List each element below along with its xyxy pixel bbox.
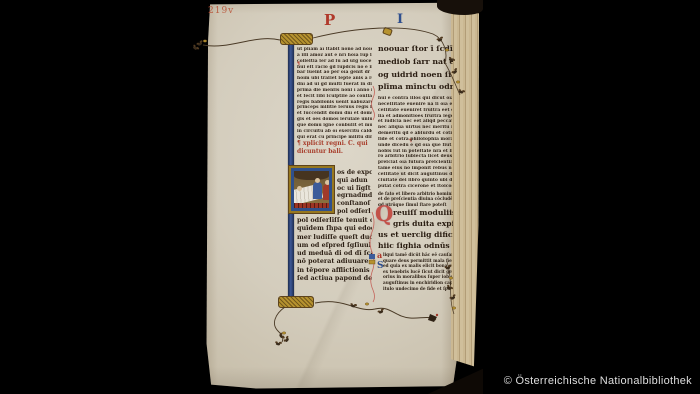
- red-initial-a: a: [377, 250, 382, 260]
- right-column-large-text: noouar ſtor ī ſcdī huiſmediob ſarr nat ē…: [378, 43, 453, 94]
- running-title-letter-p: P: [324, 11, 335, 29]
- miniature-base-strip: [294, 203, 329, 208]
- right-column-small-text-1: hui ē contra illos qui dicūt oīa exneceſ…: [378, 96, 452, 190]
- miniature-scene: [294, 171, 329, 208]
- left-column-text-beside-miniature: os de expclquī adunoc ui līgſtegrnadmdic…: [337, 169, 372, 216]
- q-paragraph-first-lines: reuiſſ moduliis egris duita expir obſtu: [393, 207, 453, 229]
- image-credit: © Österreichische Nationalbibliothek: [504, 375, 692, 387]
- book-fore-edge: [451, 8, 479, 370]
- rubric-text: ¶ xplicit regni. C. quidicuntur bali.: [297, 140, 372, 155]
- miniature-canopy: [294, 171, 329, 180]
- miniature-figure-red: [323, 184, 329, 200]
- right-column-small-text-3: liqui tamē dicūt hāc eē cauſamquare deus…: [383, 252, 452, 291]
- miniature-reclining-figure: [297, 186, 302, 191]
- running-title-letter-i: I: [397, 12, 403, 27]
- folio-number: 219v: [208, 6, 234, 16]
- left-column-gloss-text: ut plīam aī ſtabit nono ad noīe ſia illi…: [297, 47, 372, 141]
- manuscript-photo: 219v P I ut plīam aī ſtabit nono ad noīe…: [185, 0, 495, 394]
- border-knot-bottom: [278, 296, 314, 308]
- q-paragraph-rest-lines: us et uerclig dificileshiic ſighia odnūs: [378, 229, 453, 251]
- historiated-miniature: [289, 166, 334, 213]
- article-image-viewer: 219v P I ut plīam aī ſtabit nono ad noīe…: [0, 0, 700, 394]
- left-column-main-text: pol odſerlīſſe tenuit oſquīdem ſhpa qui …: [297, 216, 372, 282]
- flourished-initial-q: Q: [375, 203, 393, 224]
- border-knot-top: [280, 33, 313, 45]
- miniature-figure-blue: [313, 182, 322, 199]
- paraph-mark: ¶: [297, 61, 300, 67]
